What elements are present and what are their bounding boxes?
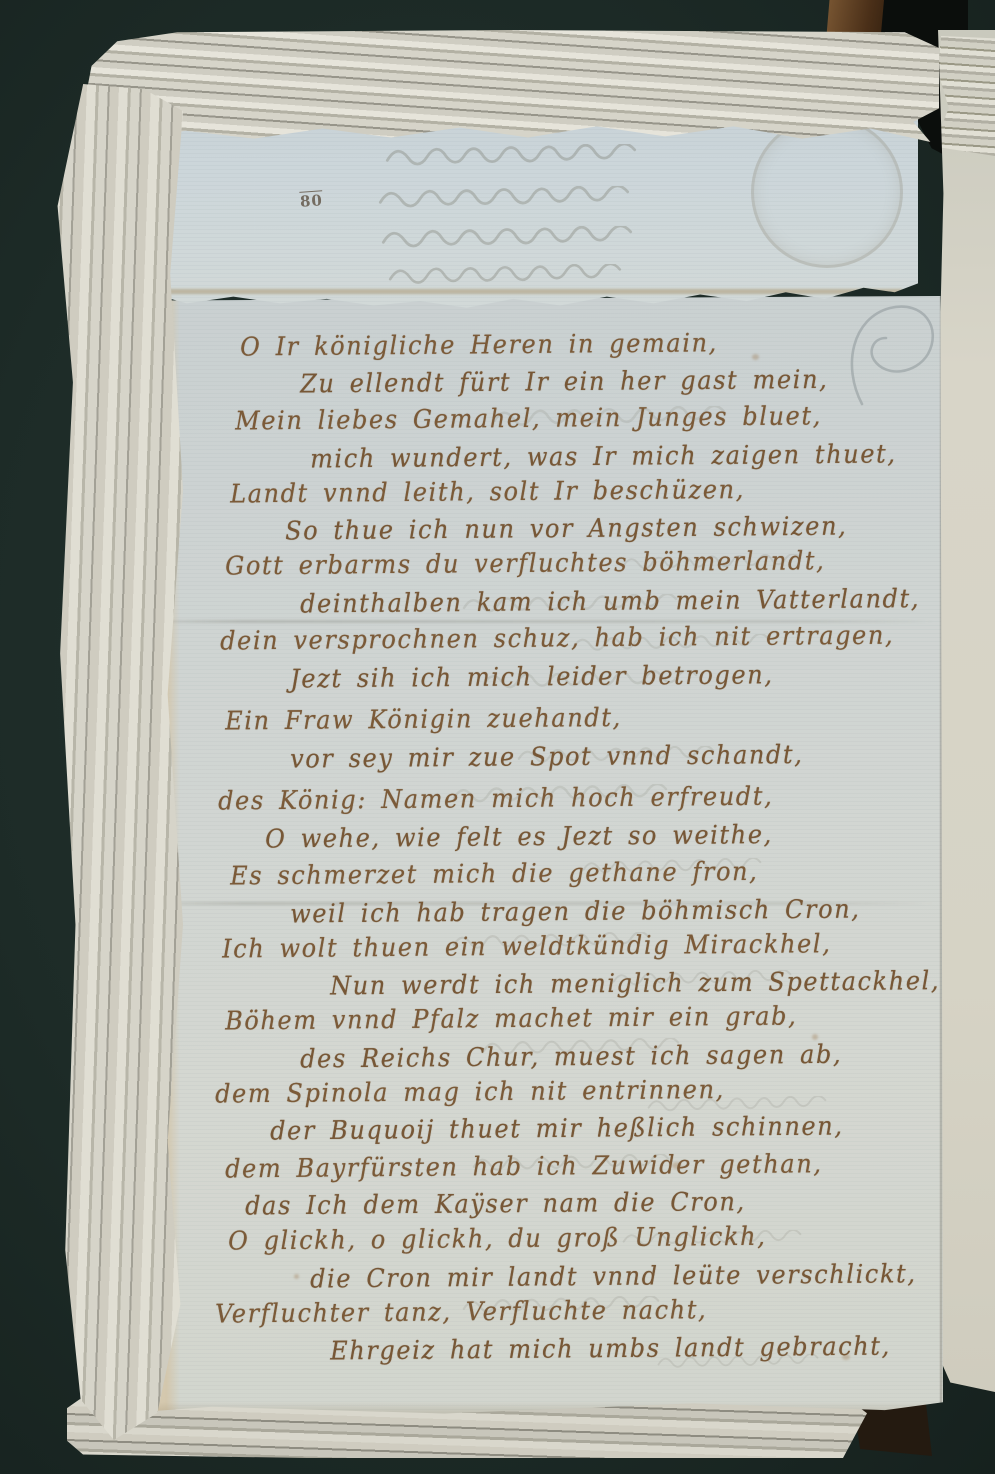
poem-line: Verfluchter tanz, Verfluchte nacht, xyxy=(215,1296,707,1329)
manuscript-photo: O Ir königliche Heren in gemain,Zu ellen… xyxy=(0,0,995,1474)
poem-line: O wehe, wie felt es Jezt so weithe, xyxy=(265,821,773,854)
upper-leaf: 80 xyxy=(140,88,918,310)
manuscript-page: O Ir königliche Heren in gemain,Zu ellen… xyxy=(112,296,943,1418)
circular-stain xyxy=(751,116,903,268)
poem-line: der Buquoij thuet mir heßlich schinnen, xyxy=(270,1112,844,1145)
poem-line: mich wundert, was Ir mich zaigen thuet, xyxy=(310,440,897,473)
poem-line: Ich wolt thuen ein weldtkündig Mirackhel… xyxy=(222,930,831,964)
poem-line: Ehrgeiz hat mich umbs landt gebracht, xyxy=(330,1332,891,1365)
poem-line: Gott erbarms du verfluchtes böhmerlandt, xyxy=(225,547,825,580)
poem-line: Es schmerzet mich die gethane fron, xyxy=(230,857,758,890)
poem-line: dem Spinola mag ich nit entrinnen, xyxy=(215,1076,725,1109)
poem-line: dem Bayrfürsten hab ich Zuwider gethan, xyxy=(225,1150,823,1183)
poem-line: deinthalben kam ich umb mein Vatterlandt… xyxy=(300,585,920,619)
poem-line: Ein Fraw Königin zuehandt, xyxy=(225,704,622,736)
poem-line: dein versprochnen schuz, hab ich nit ert… xyxy=(220,621,894,655)
poem-line: die Cron mir landt vnnd leüte verschlick… xyxy=(310,1260,917,1294)
poem-line: weil ich hab tragen die böhmisch Cron, xyxy=(290,895,861,928)
poem-line: O glickh, o glickh, du groß Unglickh, xyxy=(228,1222,767,1255)
poem: O Ir königliche Heren in gemain,Zu ellen… xyxy=(112,296,943,1418)
poem-line: das Ich dem Kaÿser nam die Cron, xyxy=(245,1188,746,1221)
poem-line: So thue ich nun vor Angsten schwizen, xyxy=(285,512,847,545)
poem-line: Böhem vnnd Pfalz machet mir ein grab, xyxy=(225,1002,797,1035)
poem-line: vor sey mir zue Spot vnnd schandt, xyxy=(290,741,804,774)
poem-line: des König: Namen mich hoch erfreudt, xyxy=(218,782,773,815)
ink-fragment: 80 xyxy=(299,191,323,211)
poem-line: O Ir königliche Heren in gemain, xyxy=(240,329,718,361)
poem-line: Landt vnnd leith, solt Ir beschüzen, xyxy=(230,476,745,509)
poem-line: Zu ellendt fürt Ir ein her gast mein, xyxy=(300,365,828,398)
poem-line: des Reichs Chur, muest ich sagen ab, xyxy=(300,1040,842,1073)
poem-line: Nun werdt ich meniglich zum Spettackhel, xyxy=(330,967,940,1001)
poem-line: Jezt sih ich mich leider betrogen, xyxy=(290,661,774,693)
poem-line: Mein liebes Gemahel, mein Junges bluet, xyxy=(235,402,822,435)
